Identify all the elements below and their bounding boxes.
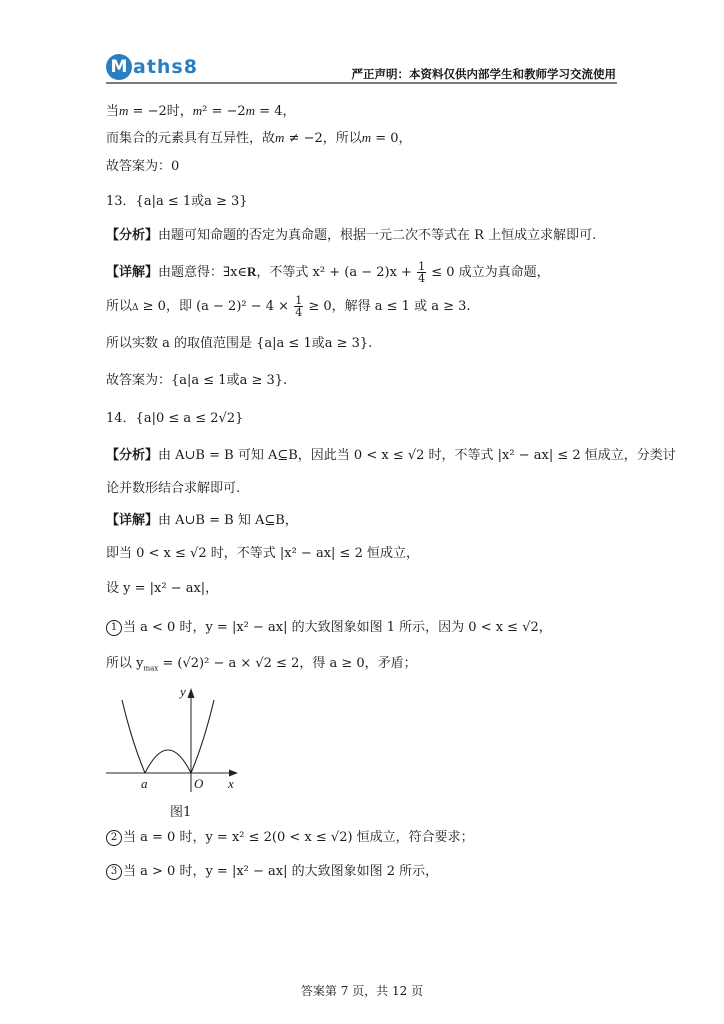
figure-1-caption: 图1: [170, 801, 191, 820]
q13-analysis: 【分析】由题可知命题的否定为真命题，根据一元二次不等式在 R 上恒成立求解即可.: [106, 227, 596, 245]
circled-number-1: 1: [106, 620, 122, 636]
document-page: M aths8 严正声明：本资料仅供内部学生和教师学习交流使用 当m = −2时…: [0, 0, 724, 1024]
header-divider: [106, 82, 617, 84]
q12-final-answer: 故答案为：0: [106, 158, 179, 176]
circled-number-3: 3: [106, 864, 122, 880]
q14-analysis-line-2: 论并数形结合求解即可.: [106, 480, 240, 498]
x-axis-label: x: [228, 776, 234, 792]
q12-line-1: 当m = −2时，m² = −2m = 4，: [106, 102, 296, 121]
q13-answer: 13．{a|a ≤ 1或a ≥ 3}: [106, 193, 248, 211]
q14-case-3: 3当 a > 0 时，y = |x² − ax| 的大致图象如图 2 所示，: [106, 863, 438, 881]
q14-case-1-conclusion: 所以 ymax = (√2)² − a × √2 ≤ 2，得 a ≥ 0，矛盾；: [106, 655, 417, 678]
q14-case-2: 2当 a = 0 时，y = x² ≤ 2(0 < x ≤ √2) 恒成立，符合…: [106, 829, 474, 847]
page-footer: 答案第 7 页，共 12 页: [0, 982, 724, 999]
q14-detail-line-3: 设 y = |x² − ax|，: [106, 580, 218, 598]
q12-line-2: 而集合的元素具有互异性，故m ≠ −2，所以m = 0，: [106, 129, 412, 148]
q14-detail-line-1: 【详解】由 A∪B = B 知 A⊆B，: [106, 512, 298, 530]
circled-number-2: 2: [106, 830, 122, 846]
q14-case-1: 1当 a < 0 时，y = |x² − ax| 的大致图象如图 1 所示，因为…: [106, 619, 552, 637]
fraction: 14: [294, 295, 303, 318]
q13-step-2: 所以Δ ≥ 0，即 (a − 2)² − 4 × 14 ≥ 0，解得 a ≤ 1…: [106, 295, 471, 318]
header-notice: 严正声明：本资料仅供内部学生和教师学习交流使用: [352, 66, 617, 82]
q14-answer: 14．{a|0 ≤ a ≤ 2√2}: [106, 410, 243, 428]
maths8-logo: M aths8: [106, 54, 198, 80]
q13-detail: 【详解】由题意得：∃x∈R，不等式 x² + (a − 2)x + 14 ≤ 0…: [106, 261, 550, 284]
logo-mark-icon: M: [106, 54, 132, 80]
y-axis-label: y: [180, 684, 186, 700]
q13-range: 所以实数 a 的取值范围是 {a|a ≤ 1或a ≥ 3}.: [106, 335, 372, 353]
q14-analysis-line-1: 【分析】由 A∪B = B 可知 A⊆B，因此当 0 < x ≤ √2 时，不等…: [106, 447, 676, 465]
q13-final-answer: 故答案为：{a|a ≤ 1或a ≥ 3}.: [106, 372, 287, 390]
point-a-label: a: [141, 776, 148, 792]
origin-label: O: [194, 776, 203, 792]
logo-text: aths8: [133, 56, 198, 78]
q14-detail-line-2: 即当 0 < x ≤ √2 时，不等式 |x² − ax| ≤ 2 恒成立，: [106, 545, 419, 563]
fraction: 14: [417, 261, 426, 284]
